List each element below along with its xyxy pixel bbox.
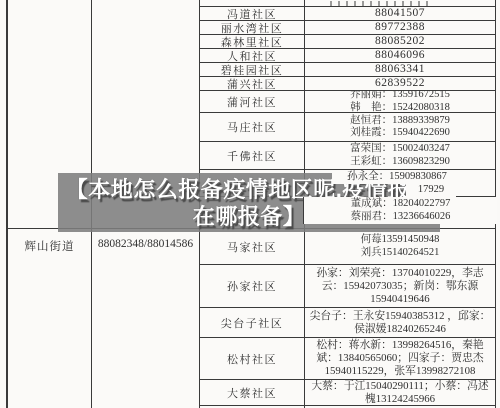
community-name-cell: 丽水湾社区 (200, 21, 305, 34)
community-rows: 马家社区 何莓13591450948 刘兵15140264521 孙家社区 孙家… (200, 229, 495, 408)
contact-cell: 88041507 (305, 7, 495, 20)
table-row: 蒲兴社区 62839522 (200, 77, 495, 91)
visible-number-fragment-patch: 17929 (406, 184, 456, 197)
table-row: 蒲河社区 乔丽娟：13591672515 韩 艳：15242080318 (200, 91, 495, 113)
visible-contact-patch: 孙永全：15909830867 (332, 170, 462, 184)
community-name-cell: 森林里社区 (200, 35, 305, 48)
community-name-cell: 马庄社区 (200, 113, 305, 141)
contact-cell: 乔丽娟：13591672515 韩 艳：15242080318 (305, 91, 495, 112)
community-name-cell: 冯道社区 (200, 7, 305, 20)
community-name-cell: 人和社区 (200, 49, 305, 62)
table-row: 尖台子社区 尖台子：王永安15940385312 ，邱家：侯淑媛18240265… (200, 308, 495, 338)
contact-cell: 89772388 (305, 21, 495, 34)
table-row: 森林里社区 88085202 (200, 35, 495, 49)
table-row: 松村社区 松村：蒋水新：13998264516，秦艳斌：13840565060；… (200, 338, 495, 380)
community-name-cell: 千佛社区 (200, 142, 305, 169)
table-row: 千佛社区 富荣国：15002403247 王彩虹：13609823290 (200, 142, 495, 170)
contact-cell: 尖台子：王永安15940385312 ，邱家：侯淑媛18240265246 (305, 308, 495, 337)
community-name-cell: 尖台子社区 (200, 308, 305, 337)
community-name-cell: 蒲兴社区 (200, 77, 305, 90)
table-row: 冯道社区 88041507 (200, 7, 495, 21)
community-name-cell: 大蔡社区 (200, 380, 305, 405)
community-name-cell: 碧桂园社区 (200, 63, 305, 76)
watermark-line-2: 在哪报备】 (193, 203, 306, 230)
contact-cell: 88046096 (305, 49, 495, 62)
community-name-cell: 马家社区 (200, 229, 305, 264)
visible-contact-pair-patch: 董成斌：18204022797 蔡丽君：13236646026 (303, 197, 497, 224)
contact-cell: 何莓13591450948 刘兵15140264521 (305, 229, 495, 264)
community-name-cell: 松村社区 (200, 338, 305, 379)
contact-cell: 62839522 (305, 77, 495, 90)
table-row: 人和社区 88046096 (200, 49, 495, 63)
contact-cell: 富荣国：15002403247 王彩虹：13609823290 (305, 142, 495, 169)
contact-cell: 赵恒君：13889339879 刘桂霞：15940422690 (305, 113, 495, 141)
contact-cell: 松村：蒋水新：13998264516，秦艳斌：13840565060；四家子：贾… (305, 338, 495, 379)
community-name-cell: 孙家社区 (200, 265, 305, 307)
contact-cell: 大蔡：于江15040290111；小蔡：冯述槐13124245966 (305, 380, 495, 405)
table-row: 大蔡社区 大蔡：于江15040290111；小蔡：冯述槐13124245966 (200, 380, 495, 406)
street-name-cell: 辉山街道 (8, 229, 92, 408)
street-group-2: 辉山街道 88082348/88014586 马家社区 何莓1359145094… (8, 229, 495, 408)
contact-cell: 88063341 (305, 63, 495, 76)
contact-cell: 88085202 (305, 35, 495, 48)
community-name-cell (200, 0, 305, 6)
community-name-cell: 蒲河社区 (200, 91, 305, 112)
table-row: 孙家社区 孙家：刘荣亮：13704010229，李志云：15942073035；… (200, 265, 495, 308)
table-row: 丽水湾社区 89772388 (200, 21, 495, 35)
contact-cell: 孙家：刘荣亮：13704010229，李志云：15942073035；新岗：鄂东… (305, 265, 495, 307)
table-row: 马家社区 何莓13591450948 刘兵15140264521 (200, 229, 495, 265)
street-phone-cell: 88082348/88014586 (92, 229, 200, 408)
scanned-contact-table-image: 冯道社区 88041507 丽水湾社区 89772388 森林里社区 88085… (0, 0, 500, 408)
cut-off-row-remnant (330, 1, 434, 6)
table-row: 马庄社区 赵恒君：13889339879 刘桂霞：15940422690 (200, 113, 495, 142)
table-row: 碧桂园社区 88063341 (200, 63, 495, 77)
